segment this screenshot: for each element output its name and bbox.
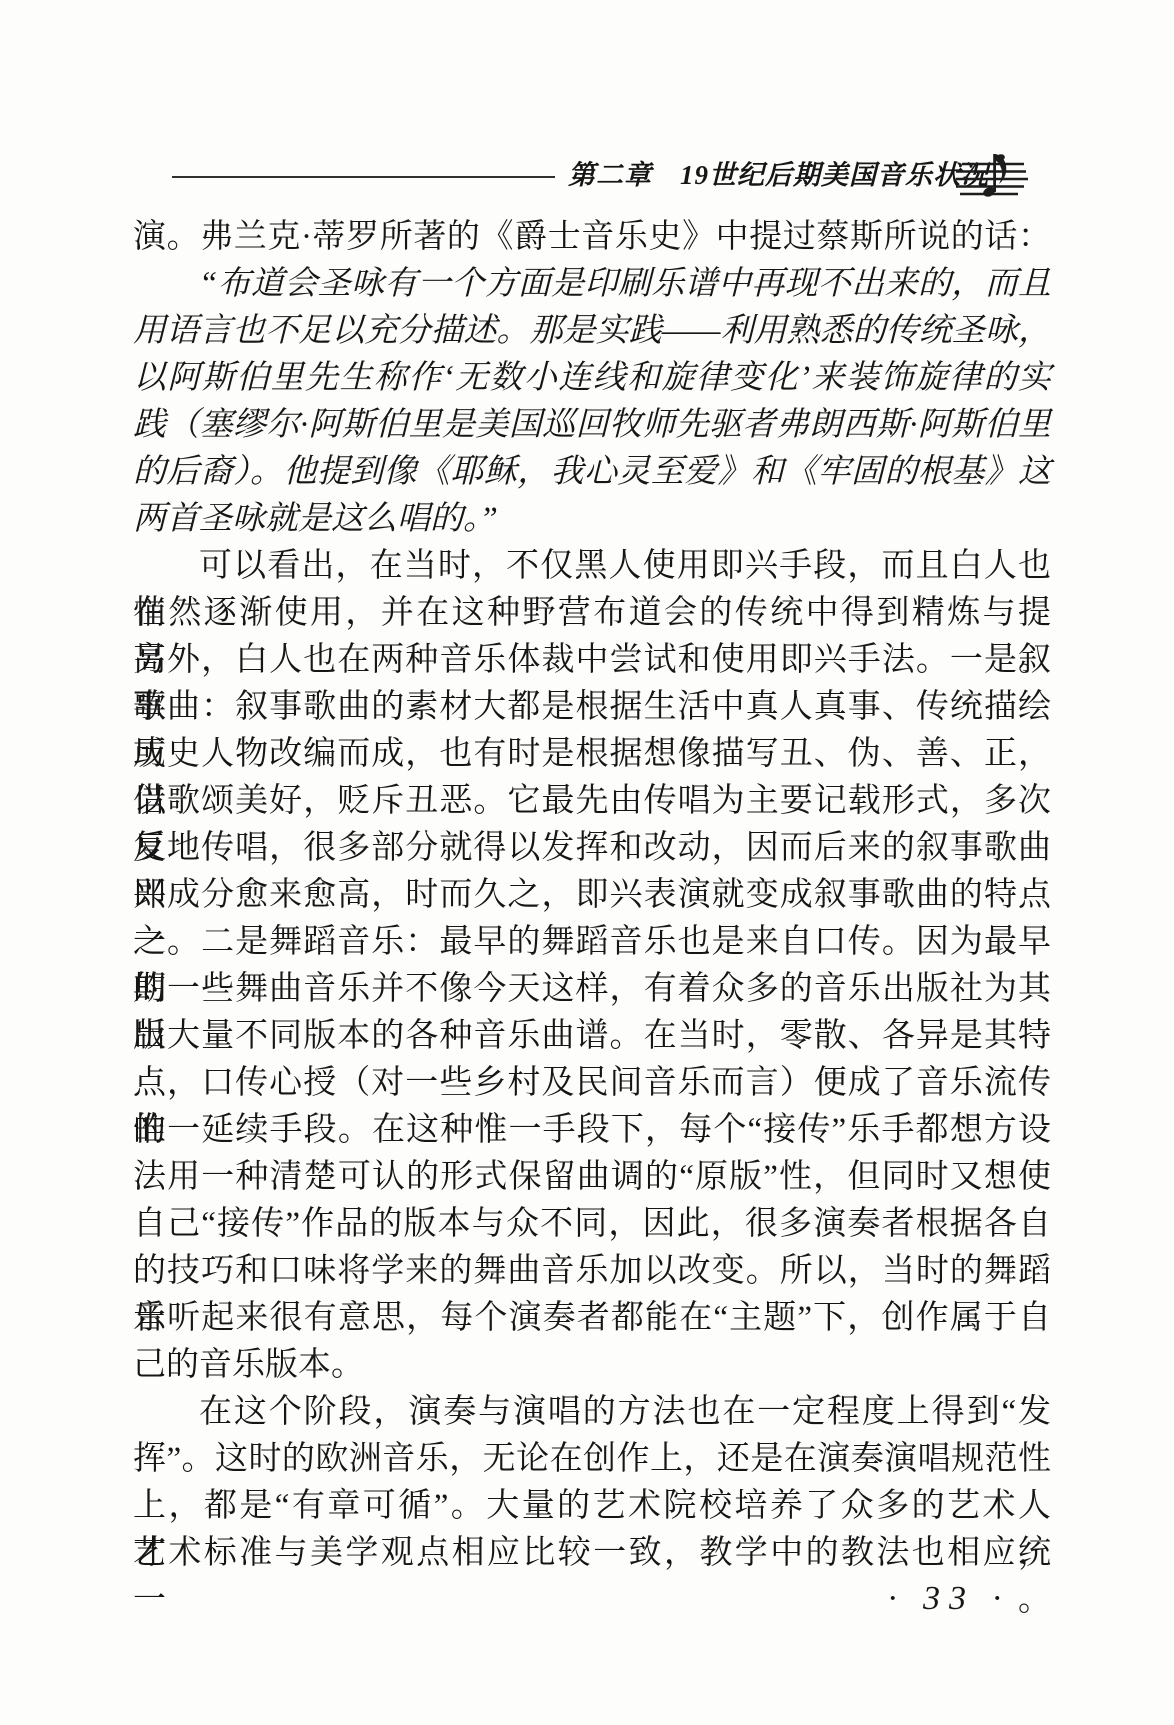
text-line: 复地传唱，很多部分就得以发挥和改动，因而后来的叙事歌曲即 xyxy=(133,825,1051,872)
scanned-book-page: 第二章 19世纪后期美国音乐状况 演。弗兰克·蒂罗所著的《爵士音乐史》中提过蔡斯… xyxy=(0,0,1174,1725)
text-line: 法用一种清楚可认的形式保留曲调的“原版”性，但同时又想使 xyxy=(133,1154,1051,1201)
header-rule xyxy=(172,176,555,178)
text-line: 艺术标准与美学观点相应比较一致，教学中的教法也相应统一。 xyxy=(133,1530,1051,1577)
text-line: 歌曲：叙事歌曲的素材大都是根据生活中真人真事、传统描绘或 xyxy=(133,684,1051,731)
text-line: 践（塞缪尔·阿斯伯里是美国巡回牧师先驱者弗朗西斯·阿斯伯里 xyxy=(133,402,1051,449)
text-line: 兴成分愈来愈高，时而久之，即兴表演就变成叙事歌曲的特点之 xyxy=(133,872,1051,919)
text-line: 历史人物改编而成，也有时是根据想像描写丑、伪、善、正，借 xyxy=(133,731,1051,778)
text-line: 以歌颂美好，贬斥丑恶。它最先由传唱为主要记载形式，多次反 xyxy=(133,778,1051,825)
text-line: 版大量不同版本的各种音乐曲谱。在当时，零散、各异是其特 xyxy=(133,1013,1051,1060)
text-line: 用语言也不足以充分描述。那是实践——利用熟悉的传统圣咏， xyxy=(133,308,1051,355)
text-line: 悄然逐渐使用，并在这种野营布道会的传统中得到精炼与提高。 xyxy=(133,590,1051,637)
text-line: 两首圣咏就是这么唱的。” xyxy=(133,496,1051,543)
text-line: 一。二是舞蹈音乐：最早的舞蹈音乐也是来自口传。因为最早期 xyxy=(133,919,1051,966)
text-line: 以阿斯伯里先生称作‘无数小连线和旋律变化’来装饰旋律的实 xyxy=(133,355,1051,402)
text-line: 的一些舞曲音乐并不像今天这样，有着众多的音乐出版社为其出 xyxy=(133,966,1051,1013)
paragraph-p4: 在这个阶段，演奏与演唱的方法也在一定程度上得到“发挥”。这时的欧洲音乐，无论在创… xyxy=(133,1389,1051,1577)
text-line: 挥”。这时的欧洲音乐，无论在创作上，还是在演奏演唱规范性 xyxy=(133,1436,1051,1483)
text-line: 另外，白人也在两种音乐体裁中尝试和使用即兴手法。一是叙事 xyxy=(133,637,1051,684)
text-line: 己的音乐版本。 xyxy=(133,1342,1051,1389)
text-line: 乐听起来很有意思，每个演奏者都能在“主题”下，创作属于自 xyxy=(133,1295,1051,1342)
text-line: 可以看出，在当时，不仅黑人使用即兴手段，而且白人也在 xyxy=(133,543,1051,590)
text-line: 自己“接传”作品的版本与众不同，因此，很多演奏者根据各自 xyxy=(133,1201,1051,1248)
paragraph-p1: 演。弗兰克·蒂罗所著的《爵士音乐史》中提过蔡斯所说的话： xyxy=(133,214,1051,261)
text-line: “布道会圣咏有一个方面是印刷乐谱中再现不出来的，而且 xyxy=(133,261,1051,308)
paragraph-p3: 可以看出，在当时，不仅黑人使用即兴手段，而且白人也在悄然逐渐使用，并在这种野营布… xyxy=(133,543,1051,1389)
page-body: 演。弗兰克·蒂罗所著的《爵士音乐史》中提过蔡斯所说的话：“布道会圣咏有一个方面是… xyxy=(133,214,1051,1577)
text-line: 在这个阶段，演奏与演唱的方法也在一定程度上得到“发 xyxy=(133,1389,1051,1436)
page-number: · 33 · xyxy=(888,1580,1010,1618)
text-line: 上，都是“有章可循”。大量的艺术院校培养了众多的艺术人才， xyxy=(133,1483,1051,1530)
text-line: 的后裔）。他提到像《耶稣，我心灵至爱》和《牢固的根基》这 xyxy=(133,449,1051,496)
musical-staff-icon xyxy=(952,146,1030,209)
chapter-heading: 第二章 19世纪后期美国音乐状况 xyxy=(568,153,989,192)
paragraph-p2: “布道会圣咏有一个方面是印刷乐谱中再现不出来的，而且用语言也不足以充分描述。那是… xyxy=(133,261,1051,543)
text-line: 的技巧和口味将学来的舞曲音乐加以改变。所以，当时的舞蹈音 xyxy=(133,1248,1051,1295)
text-line: 惟一延续手段。在这种惟一手段下，每个“接传”乐手都想方设 xyxy=(133,1107,1051,1154)
text-line: 点，口传心授（对一些乡村及民间音乐而言）便成了音乐流传的 xyxy=(133,1060,1051,1107)
text-line: 演。弗兰克·蒂罗所著的《爵士音乐史》中提过蔡斯所说的话： xyxy=(133,214,1051,261)
